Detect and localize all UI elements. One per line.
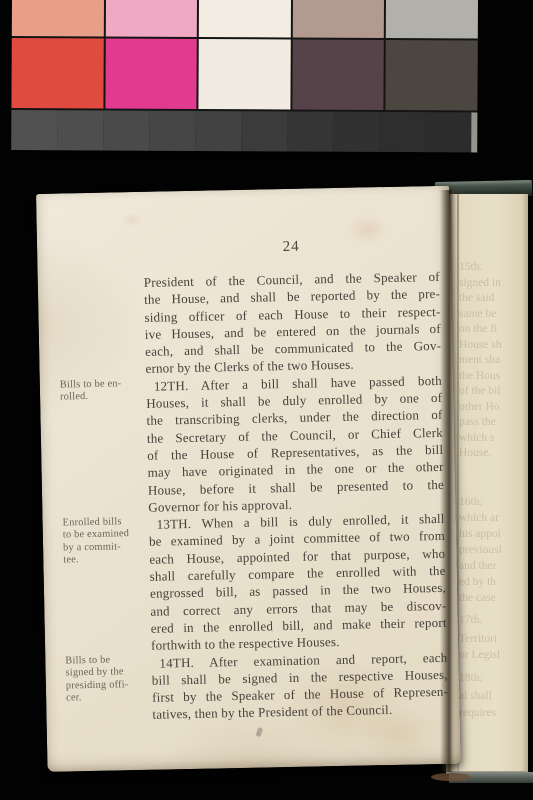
book-page-24: 24 Bills to be en- rolled. Enrolled bill…	[36, 186, 461, 772]
showthrough-line: requires	[459, 707, 529, 719]
grayscale-step	[425, 112, 471, 152]
color-patch-white-top	[199, 0, 291, 37]
showthrough-line: the case	[459, 592, 529, 604]
color-patch-salmon	[12, 0, 104, 36]
grayscale-step	[195, 111, 241, 151]
grayscale-step	[287, 111, 333, 151]
margin-note-line: tee.	[63, 553, 148, 567]
color-patch-darkgray	[386, 40, 478, 110]
color-patch-taupe	[293, 0, 385, 38]
grayscale-step	[333, 112, 379, 152]
grayscale-step	[11, 110, 57, 150]
page-number: 24	[143, 236, 439, 259]
margin-note-line: rolled.	[60, 390, 145, 404]
color-patch-lightgray	[386, 0, 478, 38]
grayscale-step	[241, 111, 287, 151]
showthrough-line: ed by th	[459, 576, 529, 588]
grayscale-step	[103, 110, 149, 150]
ink-smudge	[256, 727, 264, 737]
showthrough-line: previousl	[459, 544, 529, 556]
showthrough-line: House sh	[459, 339, 529, 351]
showthrough-line: Territori	[459, 633, 529, 645]
showthrough-line: the said	[459, 292, 529, 304]
grayscale-strip	[11, 110, 477, 152]
body-text: President of the Council, and the Speake…	[144, 268, 449, 724]
showthrough-line: of the bil	[459, 385, 529, 397]
grayscale-step	[57, 110, 103, 150]
showthrough-line: House.	[459, 447, 529, 459]
showthrough-line: 16th.	[459, 496, 529, 508]
showthrough-line: signed in	[459, 277, 529, 289]
chart-color-row-2	[11, 38, 477, 110]
showthrough-line: his appoi	[459, 528, 529, 540]
chart-card-edge	[471, 112, 477, 152]
cover-smudge	[431, 773, 471, 781]
grayscale-step	[379, 112, 425, 152]
margin-note-line: cer.	[66, 691, 151, 705]
margin-note-bills-signed: Bills to be signed by the presiding offi…	[65, 654, 151, 705]
color-patch-lightpink	[105, 0, 197, 37]
margin-note-bills-enrolled: Bills to be en- rolled.	[60, 378, 145, 405]
showthrough-line: pass the	[459, 416, 529, 428]
chart-color-row-1	[12, 0, 478, 38]
showthrough-line: other Ho	[459, 401, 529, 413]
showthrough-line: 17th.	[459, 614, 529, 626]
showthrough-line: the Hous	[459, 370, 529, 382]
color-patch-darkplum	[292, 39, 384, 109]
showthrough-line: which ar	[459, 512, 529, 524]
color-patch-magenta	[105, 38, 197, 108]
showthrough-line: same be	[459, 308, 529, 320]
showthrough-line: and ther	[459, 560, 529, 572]
margin-note-enrolled-bills-examined: Enrolled bills to be examined by a commi…	[62, 516, 148, 567]
showthrough-line: ment sha	[459, 354, 529, 366]
color-patch-white-bottom	[199, 39, 291, 109]
grayscale-step	[149, 111, 195, 151]
showthrough-line: al shall	[459, 690, 529, 702]
archival-photo-canvas: 15th. signed in the said same be on the …	[0, 0, 533, 800]
showthrough-line: or Legisl	[459, 649, 529, 661]
color-patch-red	[11, 38, 103, 108]
page-gutter-shadow	[440, 190, 456, 772]
showthrough-line: 18th.	[459, 672, 529, 684]
color-calibration-chart	[11, 0, 478, 152]
showthrough-line: 15th.	[459, 261, 529, 273]
showthrough-line: which s	[459, 432, 529, 444]
book-cover-bottom-edge	[449, 772, 533, 783]
showthrough-line: on the fi	[459, 323, 529, 335]
